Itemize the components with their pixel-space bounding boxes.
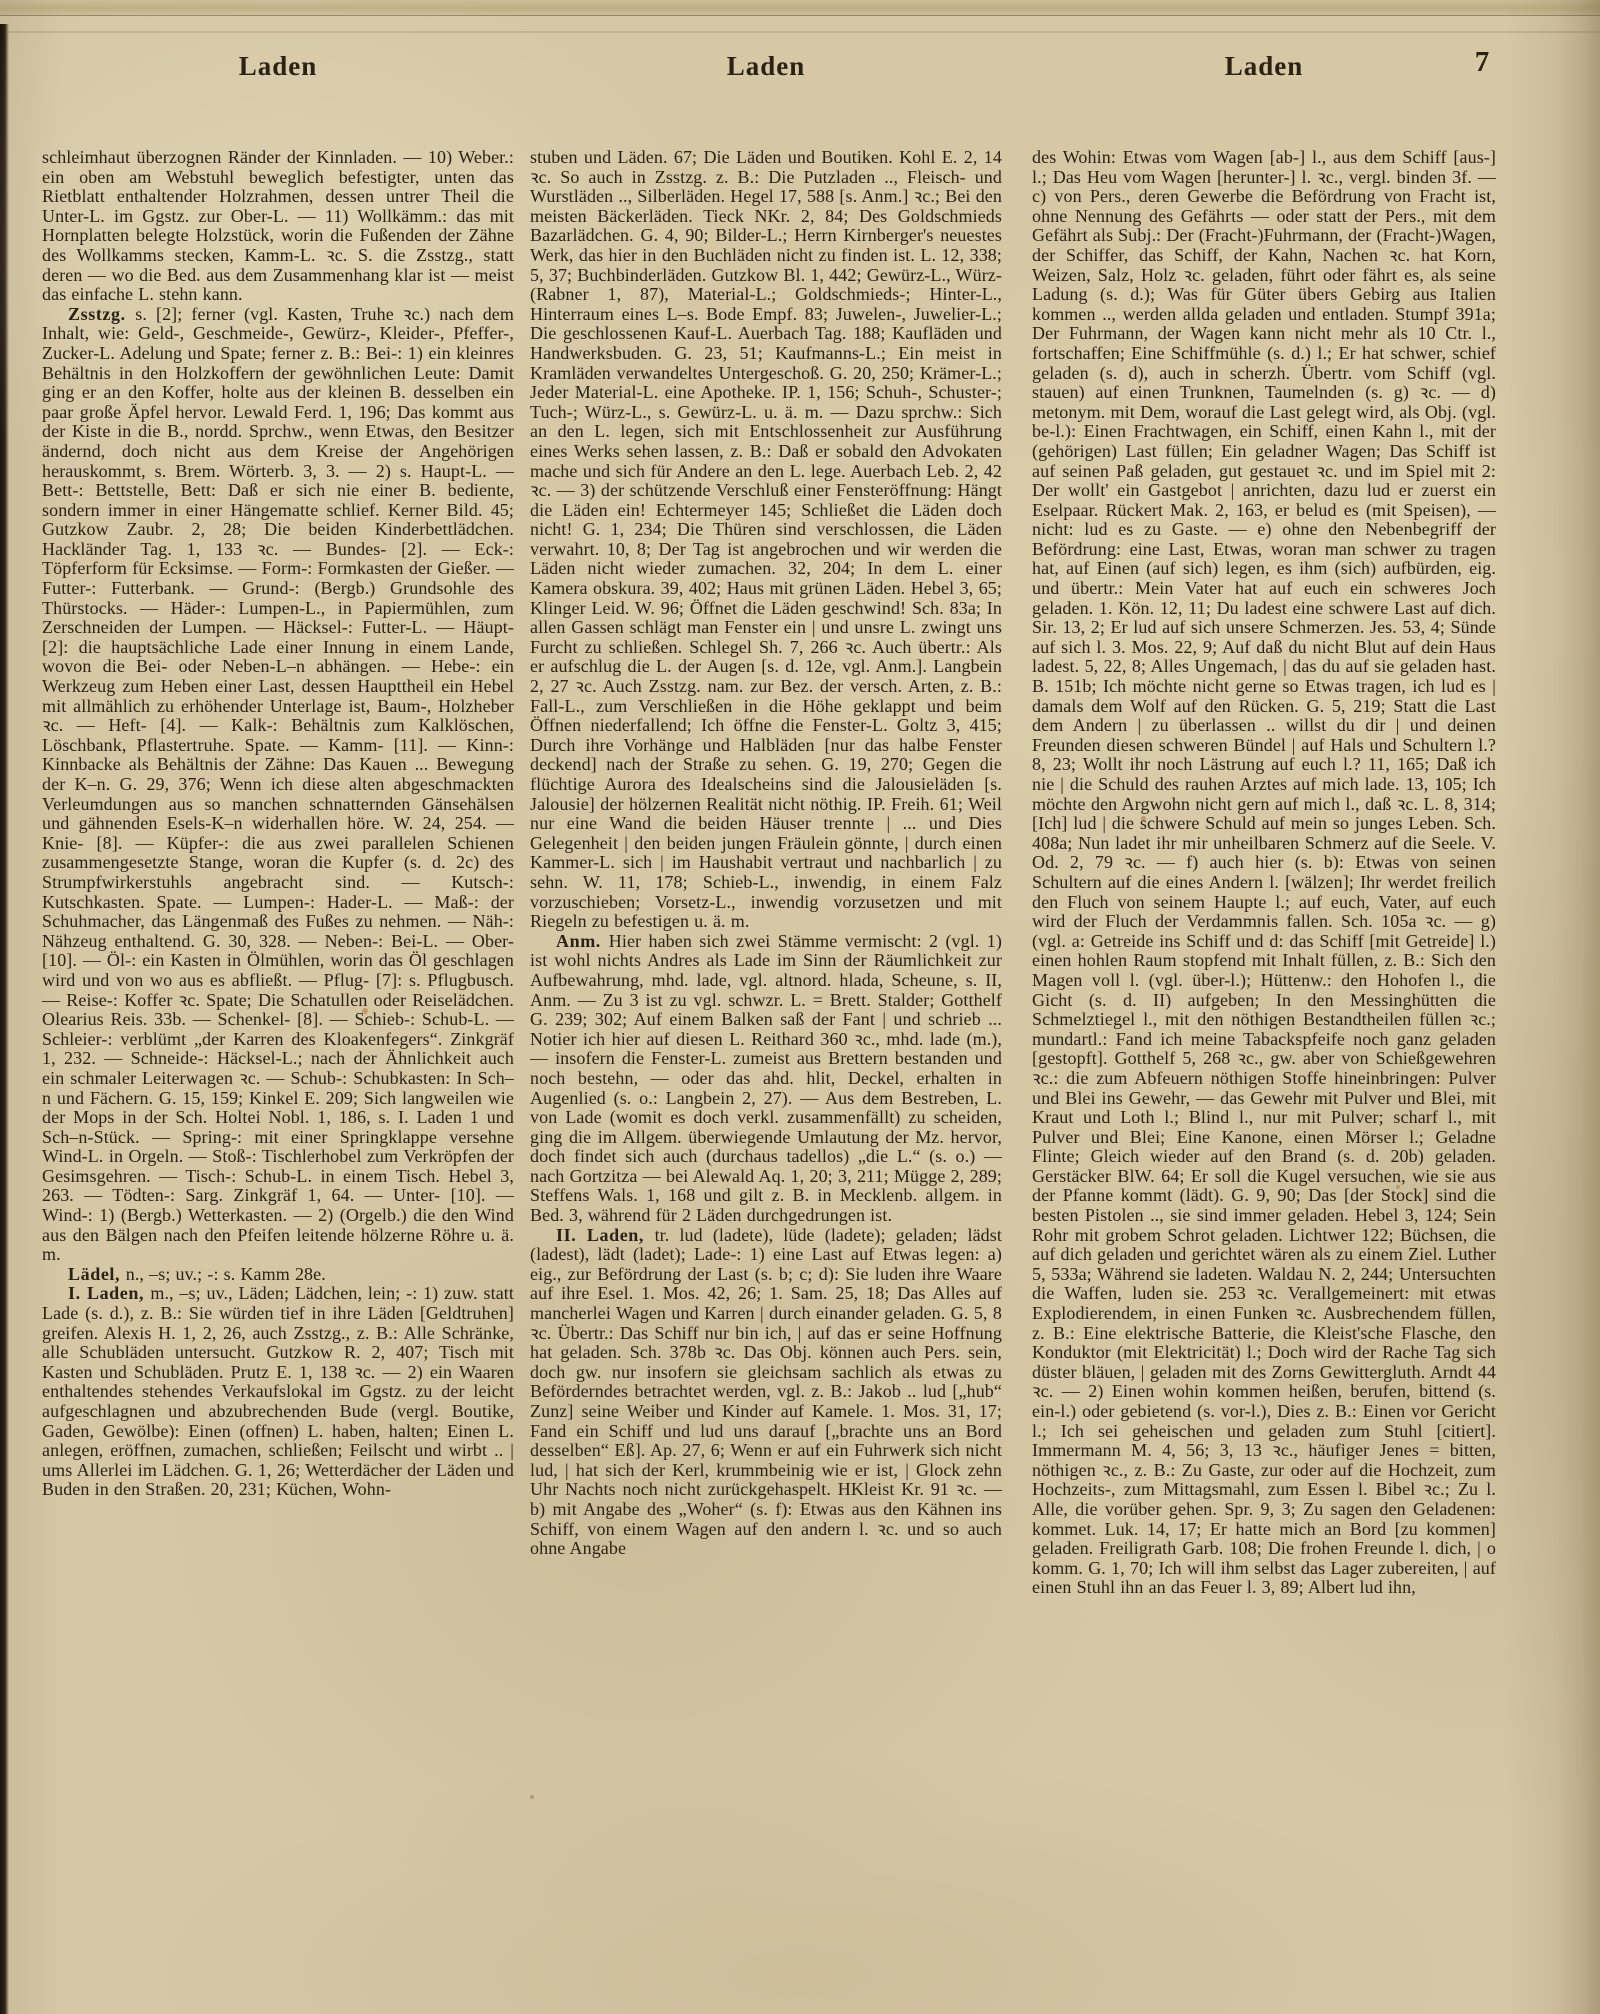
paragraph: schleimhaut überzognen Ränder der Kinnla… bbox=[42, 148, 514, 305]
entry-paragraph: Anm. Hier haben sich zwei Stämme vermisc… bbox=[530, 932, 1002, 1226]
entry-paragraph: Lädel, n., –s; uv.; -: s. Kamm 28e. bbox=[42, 1265, 514, 1285]
running-head-column-2: Laden bbox=[530, 48, 1002, 84]
paragraph: des Wohin: Etwas vom Wagen [ab-] l., aus… bbox=[1032, 148, 1496, 1598]
entry-headword: Zsstzg. bbox=[68, 304, 135, 324]
scanned-dictionary-page: { "page": { "number": "7", "running_head… bbox=[0, 0, 1600, 2014]
page-right-edge-shadow bbox=[1556, 0, 1600, 2014]
entry-paragraph: Zsstzg. s. [2]; ferner (vgl. Kasten, Tru… bbox=[42, 305, 514, 1265]
paragraph: stuben und Läden. 67; Die Läden und Bout… bbox=[530, 148, 1002, 932]
text-column-3: des Wohin: Etwas vom Wagen [ab-] l., aus… bbox=[1032, 148, 1496, 1914]
page-number: 7 bbox=[1452, 46, 1512, 84]
entry-headword: Lädel, bbox=[68, 1264, 126, 1284]
running-head-column-3: Laden bbox=[1032, 48, 1496, 84]
entry-headword: II. Laden, bbox=[556, 1225, 655, 1245]
running-head-column-1: Laden bbox=[42, 48, 514, 84]
paper-crease bbox=[0, 31, 1600, 33]
entry-paragraph: II. Laden, tr. lud (ladete), lüde (ladet… bbox=[530, 1226, 1002, 1559]
text-column-2: stuben und Läden. 67; Die Läden und Bout… bbox=[530, 148, 1002, 1890]
entry-paragraph: I. Laden, m., –s; uv., Läden; Lädchen, l… bbox=[42, 1284, 514, 1500]
text-column-1: schleimhaut überzognen Ränder der Kinnla… bbox=[42, 148, 514, 1890]
book-gutter-shadow bbox=[0, 24, 9, 2014]
page-top-edge-shadow bbox=[0, 0, 1600, 16]
entry-headword: Anm. bbox=[556, 931, 609, 951]
entry-headword: I. Laden, bbox=[68, 1283, 150, 1303]
